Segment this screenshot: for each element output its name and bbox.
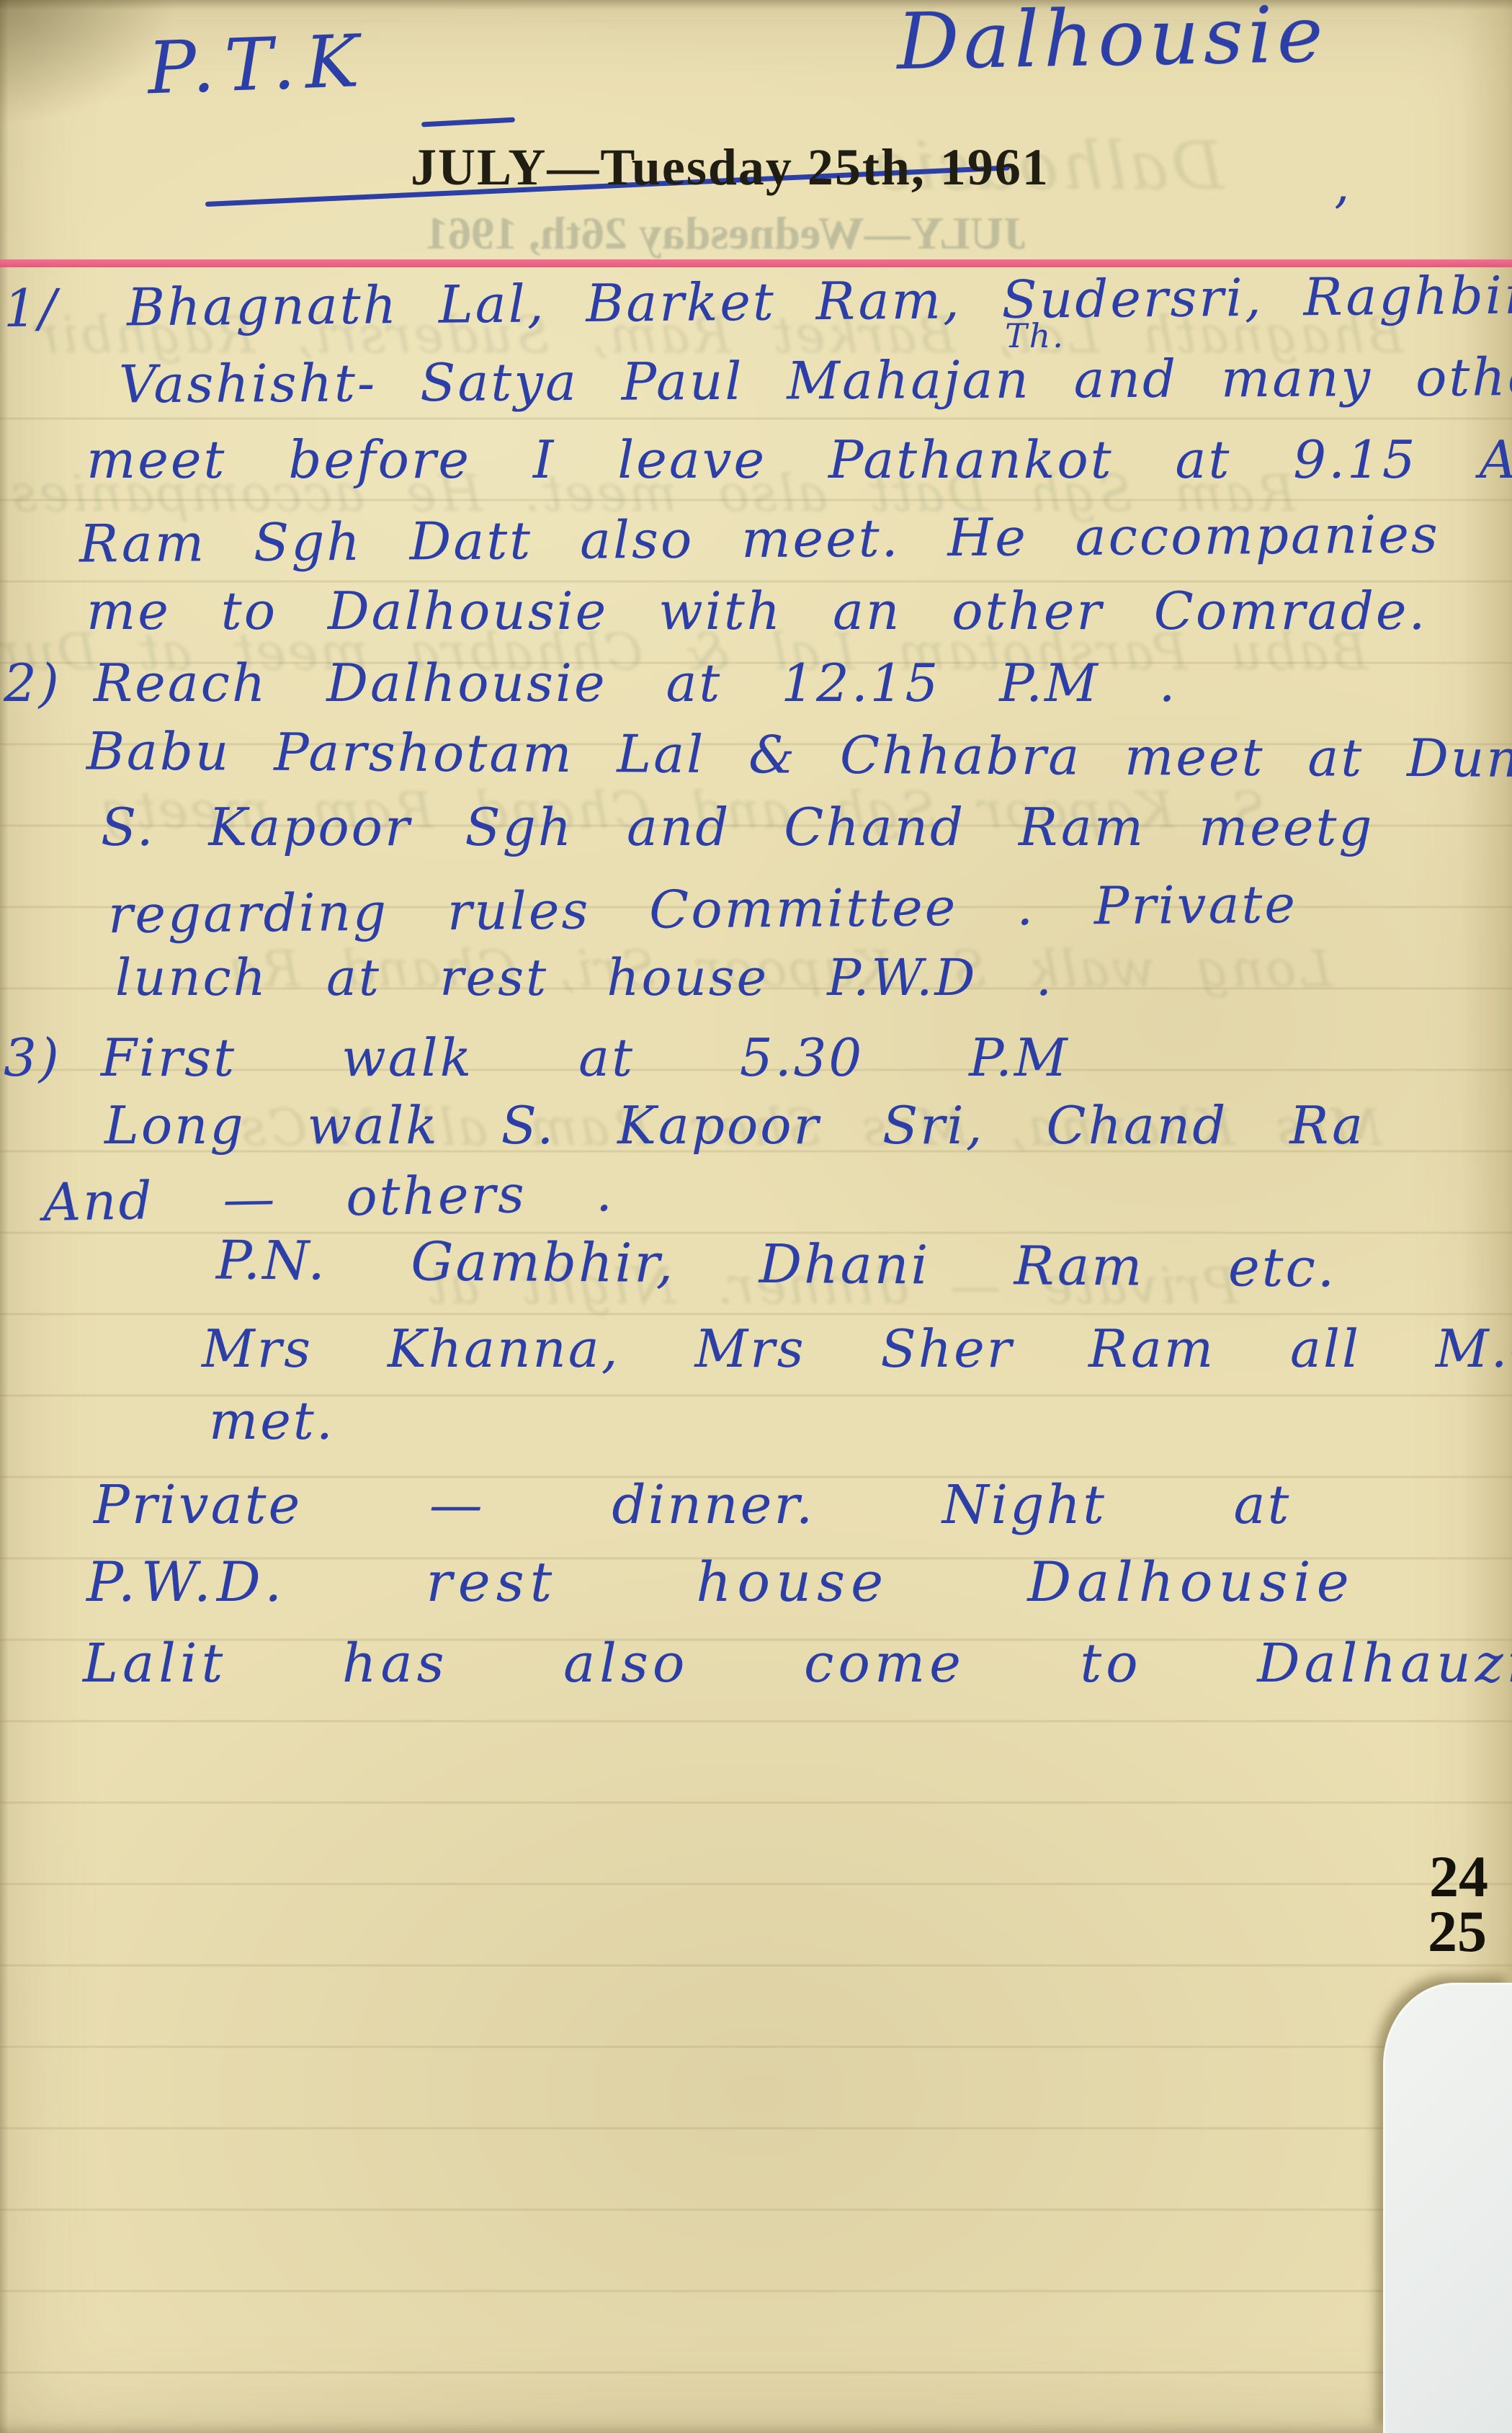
diary-line: 1/Bhagnath Lal, Barket Ram, Sudersri, Ra… bbox=[4, 268, 1512, 334]
diary-line: Vashisht- Satya Paul Mahajan and many ot… bbox=[119, 351, 1512, 411]
diary-line: met. bbox=[209, 1395, 335, 1447]
entry-number: 1/ bbox=[4, 282, 59, 334]
diary-line: meet before I leave Pathankot at 9.15 A.… bbox=[86, 434, 1512, 486]
owner-initials-annotation: P.T.K bbox=[146, 25, 370, 105]
stray-ink-mark: ’ bbox=[1333, 191, 1351, 241]
torn-corner-underlying-page bbox=[1383, 1983, 1512, 2433]
diary-line-text: Reach Dalhousie at 12.15 P.M . bbox=[94, 653, 1178, 713]
diary-line: P.W.D. rest house Dalhousie bbox=[86, 1555, 1355, 1610]
entry-number: 2) bbox=[4, 657, 61, 709]
diary-line: Mrs Khanna, Mrs Sher Ram all M.Cs bbox=[202, 1323, 1512, 1375]
location-annotation: Dalhousie bbox=[896, 0, 1328, 81]
diary-line: Private — dinner. Night at bbox=[94, 1478, 1291, 1532]
diary-line: S. Kapoor Sgh and Chand Ram meetg bbox=[101, 801, 1374, 853]
bleed-through-date-header: JULY—Wednesday 26th, 1961 bbox=[425, 210, 1026, 256]
diary-line: Babu Parshotam Lal & Chhabra meet at Dun… bbox=[86, 725, 1512, 785]
diary-line: And — others . bbox=[43, 1166, 614, 1228]
diary-line: 2)Reach Dalhousie at 12.15 P.M . bbox=[4, 657, 1177, 709]
pink-divider-rule bbox=[0, 259, 1512, 267]
handwritten-dash bbox=[421, 117, 515, 128]
diary-line-text: First walk at 5.30 P.M bbox=[101, 1027, 1070, 1088]
page-number: 24 bbox=[1429, 1850, 1488, 1903]
diary-line-text: Bhagnath Lal, Barket Ram, Sudersri, Ragh… bbox=[127, 264, 1512, 338]
diary-line: lunch at rest house P.W.D . bbox=[115, 952, 1054, 1003]
diary-line: P.N. Gambhir, Dhani Ram etc. bbox=[216, 1234, 1337, 1295]
diary-line: Ram Sgh Datt also meet. He accompanies bbox=[79, 508, 1440, 569]
superscript-insertion: Th. bbox=[1005, 319, 1065, 352]
diary-line: Long walk S. Kapoor Sri, Chand Ra bbox=[104, 1099, 1365, 1151]
diary-line: me to Dalhousie with an other Comrade. bbox=[86, 585, 1427, 637]
printed-date-header: JULY—Tuesday 25th, 1961 bbox=[411, 141, 1050, 193]
diary-line: Lalit has also come to Dalhauzii bbox=[83, 1637, 1512, 1690]
page-number: 25 bbox=[1428, 1905, 1487, 1958]
diary-line: regarding rules Committee . Private bbox=[108, 878, 1298, 940]
diary-line: 3)First walk at 5.30 P.M bbox=[4, 1032, 1070, 1084]
entry-number: 3) bbox=[4, 1032, 61, 1084]
diary-page: Dalhousie Bhagnath Lal, Barket Ram, Sude… bbox=[0, 0, 1512, 2433]
